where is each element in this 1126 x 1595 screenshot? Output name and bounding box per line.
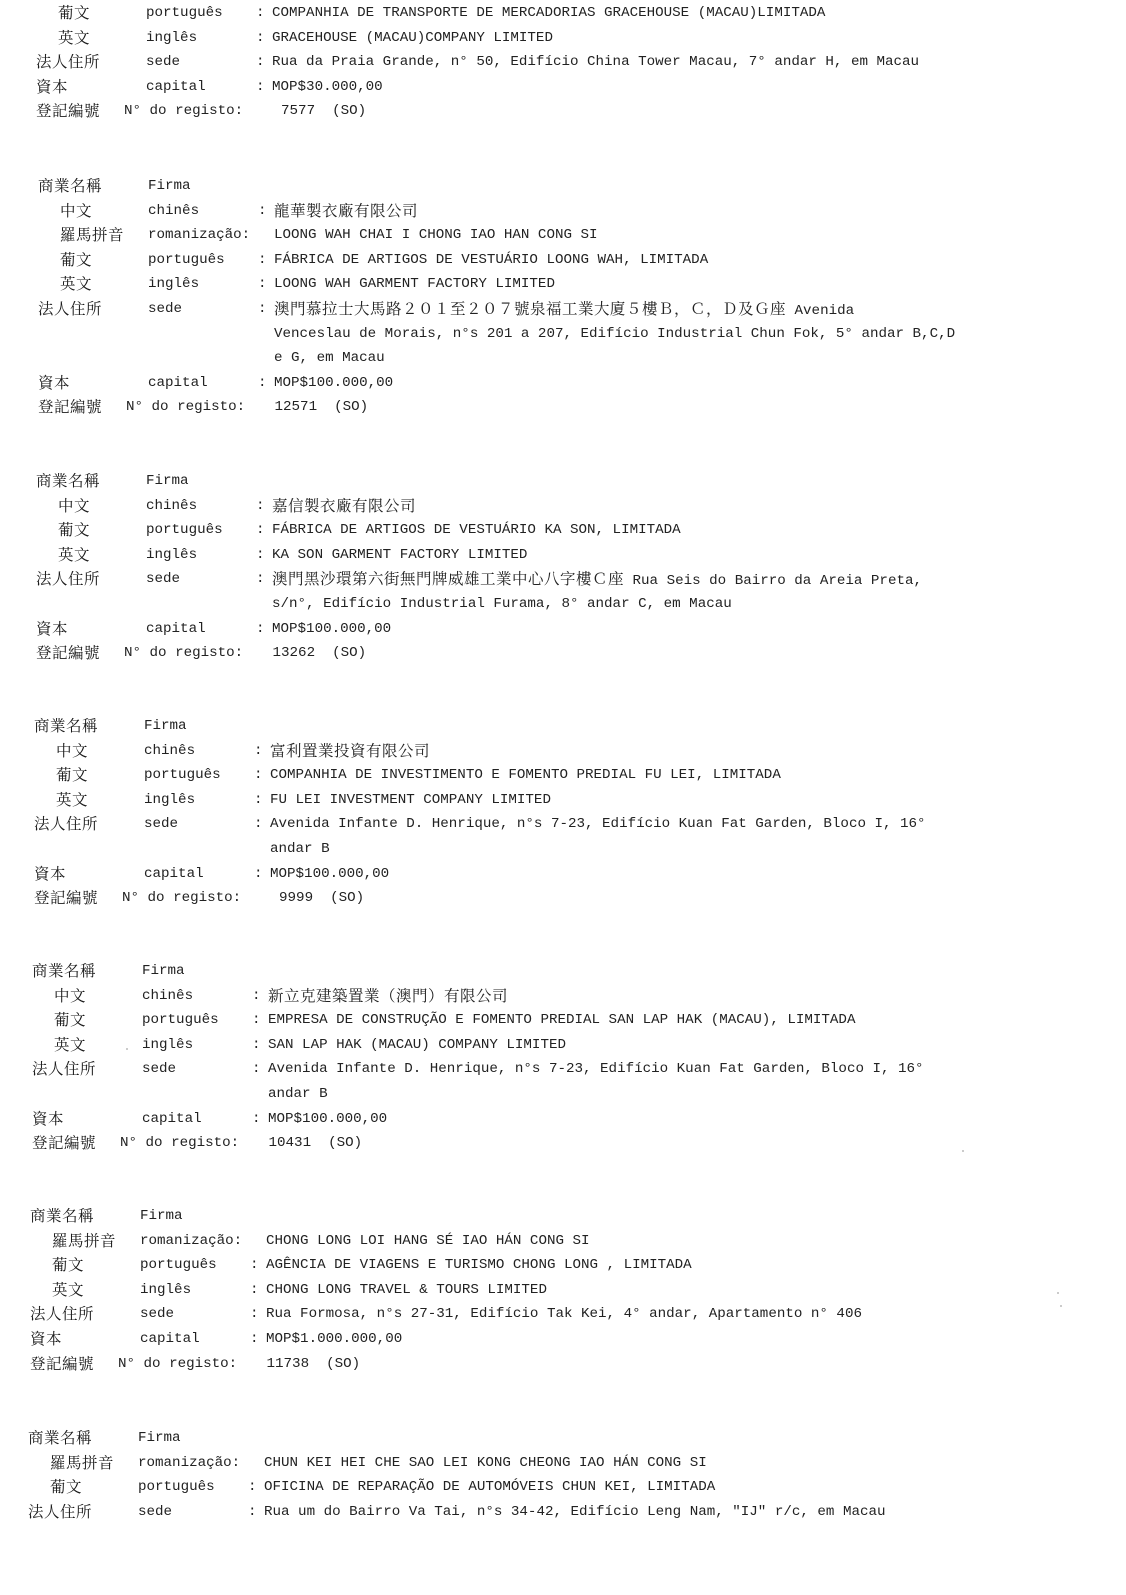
field-value: KA SON GARMENT FACTORY LIMITED: [272, 543, 527, 568]
field-value-continued: Venceslau de Morais, n°s 201 a 207, Edif…: [274, 322, 955, 347]
field-separator: :: [254, 763, 263, 788]
field-row: 資本capital:MOP$1.000.000,00: [0, 1327, 1126, 1352]
registry-entry-chong-long: 商業名稱Firma羅馬拼音romanização:CHONG LONG LOI …: [0, 1204, 1126, 1376]
field-label-chinese: 英文: [58, 543, 90, 568]
field-value: Avenida Infante D. Henrique, n°s 7-23, E…: [268, 1057, 924, 1082]
field-label-chinese: 登記編號: [36, 641, 100, 666]
field-label-portuguese: sede: [138, 1500, 172, 1525]
registration-number: 10431 (SO): [260, 1131, 362, 1156]
field-label-chinese: 葡文: [58, 1, 90, 26]
field-row: 中文chinês:龍華製衣廠有限公司: [0, 199, 1126, 224]
field-separator: :: [252, 984, 261, 1009]
field-label-portuguese: N° do registo:: [124, 641, 243, 666]
field-label-chinese: 法人住所: [36, 567, 100, 592]
field-label-chinese: 登記編號: [30, 1352, 94, 1377]
field-value-continued: andar B: [270, 837, 330, 862]
field-row: 羅馬拼音romanização:CHUN KEI HEI CHE SAO LEI…: [0, 1451, 1126, 1476]
field-row: 登記編號N° do registo: 11738 (SO): [0, 1352, 1126, 1377]
field-separator: :: [250, 1327, 259, 1352]
field-row: 中文chinês:嘉信製衣廠有限公司: [0, 494, 1126, 519]
field-row: 商業名稱Firma: [0, 959, 1126, 984]
field-row: 法人住所sede:Avenida Infante D. Henrique, n°…: [0, 1057, 1126, 1082]
field-label-chinese: 葡文: [50, 1475, 82, 1500]
field-label-portuguese: inglês: [144, 788, 195, 813]
field-label-chinese: 葡文: [56, 763, 88, 788]
field-label-chinese: 資本: [36, 75, 68, 100]
field-value: COMPANHIA DE TRANSPORTE DE MERCADORIAS G…: [272, 1, 825, 26]
field-value: Avenida Infante D. Henrique, n°s 7-23, E…: [270, 812, 926, 837]
field-value: EMPRESA DE CONSTRUÇÃO E FOMENTO PREDIAL …: [268, 1008, 855, 1033]
section-label-chinese: 商業名稱: [38, 174, 102, 199]
field-label-portuguese: português: [148, 248, 225, 273]
field-value: Rua da Praia Grande, n° 50, Edifício Chi…: [272, 50, 919, 75]
section-label-chinese: 商業名稱: [30, 1204, 94, 1229]
field-label-portuguese: português: [138, 1475, 215, 1500]
field-row: 法人住所sede:Rua da Praia Grande, n° 50, Edi…: [0, 50, 1126, 75]
field-label-portuguese: inglês: [146, 26, 197, 51]
field-label-portuguese: sede: [148, 297, 182, 322]
field-row: 英文inglês:KA SON GARMENT FACTORY LIMITED: [0, 543, 1126, 568]
field-label-portuguese: N° do registo:: [126, 395, 245, 420]
field-separator: :: [254, 862, 263, 887]
field-separator: :: [256, 518, 265, 543]
field-label-portuguese: inglês: [140, 1278, 191, 1303]
field-row: 葡文português:AGÊNCIA DE VIAGENS E TURISMO…: [0, 1253, 1126, 1278]
field-label-chinese: 英文: [52, 1278, 84, 1303]
field-value-latin: Avenida: [786, 303, 854, 319]
field-separator: :: [248, 1475, 257, 1500]
field-value: CHONG LONG TRAVEL & TOURS LIMITED: [266, 1278, 547, 1303]
field-row: 商業名稱Firma: [0, 174, 1126, 199]
section-label-chinese: 商業名稱: [32, 959, 96, 984]
section-label-portuguese: Firma: [146, 469, 189, 494]
field-row: 商業名稱Firma: [0, 1204, 1126, 1229]
field-label-chinese: 資本: [30, 1327, 62, 1352]
section-label-portuguese: Firma: [142, 959, 185, 984]
field-label-portuguese: capital: [144, 862, 204, 887]
field-row: 葡文português:OFICINA DE REPARAÇÃO DE AUTO…: [0, 1475, 1126, 1500]
field-separator: :: [258, 199, 267, 224]
field-value: MOP$1.000.000,00: [266, 1327, 402, 1352]
field-label-portuguese: N° do registo:: [122, 886, 241, 911]
field-value: CHUN KEI HEI CHE SAO LEI KONG CHEONG IAO…: [264, 1451, 707, 1476]
field-separator: :: [254, 739, 263, 764]
field-label-portuguese: português: [140, 1253, 217, 1278]
field-value-chinese: 龍華製衣廠有限公司: [274, 202, 418, 220]
field-label-chinese: 英文: [56, 788, 88, 813]
field-value: MOP$100.000,00: [272, 617, 391, 642]
field-value: LOONG WAH CHAI I CHONG IAO HAN CONG SI: [274, 223, 598, 248]
field-separator: :: [248, 1500, 257, 1525]
field-label-portuguese: inglês: [142, 1033, 193, 1058]
field-value: 龍華製衣廠有限公司: [274, 199, 418, 226]
field-value: MOP$30.000,00: [272, 75, 383, 100]
field-value: FÁBRICA DE ARTIGOS DE VESTUÁRIO LOONG WA…: [274, 248, 708, 273]
field-row: 資本capital:MOP$100.000,00: [0, 617, 1126, 642]
field-label-portuguese: sede: [142, 1057, 176, 1082]
field-separator: :: [258, 248, 267, 273]
field-label-chinese: 英文: [58, 26, 90, 51]
field-label-chinese: 羅馬拼音: [52, 1229, 116, 1254]
field-value-chinese: 嘉信製衣廠有限公司: [272, 497, 416, 515]
field-separator: :: [254, 812, 263, 837]
scan-speck: [962, 1150, 964, 1152]
field-row: 法人住所sede:澳門黑沙環第六街無門牌威雄工業中心八字樓Ｃ座 Rua Seis…: [0, 567, 1126, 592]
field-value: MOP$100.000,00: [268, 1107, 387, 1132]
field-separator: :: [252, 1033, 261, 1058]
field-row: 葡文português:COMPANHIA DE TRANSPORTE DE M…: [0, 1, 1126, 26]
registration-number: 13262 (SO): [264, 641, 366, 666]
field-label-portuguese: inglês: [146, 543, 197, 568]
scan-speck: [1057, 1292, 1059, 1294]
field-separator: :: [252, 1057, 261, 1082]
field-value: CHONG LONG LOI HANG SÉ IAO HÁN CONG SI: [266, 1229, 590, 1254]
field-label-portuguese: sede: [140, 1302, 174, 1327]
field-separator: :: [256, 567, 265, 592]
field-separator: :: [256, 1, 265, 26]
field-value: LOONG WAH GARMENT FACTORY LIMITED: [274, 272, 555, 297]
field-row: 羅馬拼音romanização:CHONG LONG LOI HANG SÉ I…: [0, 1229, 1126, 1254]
field-label-chinese: 登記編號: [36, 99, 100, 124]
field-label-chinese: 葡文: [60, 248, 92, 273]
field-row: 中文chinês:新立克建築置業（澳門）有限公司: [0, 984, 1126, 1009]
field-value: AGÊNCIA DE VIAGENS E TURISMO CHONG LONG …: [266, 1253, 692, 1278]
field-row: 登記編號N° do registo: 7577 (SO): [0, 99, 1126, 124]
field-separator: :: [258, 297, 267, 322]
field-value: FU LEI INVESTMENT COMPANY LIMITED: [270, 788, 551, 813]
field-row: 登記編號N° do registo: 13262 (SO): [0, 641, 1126, 666]
field-continuation-line: andar B: [0, 837, 1126, 862]
field-row: 法人住所sede:Rua um do Bairro Va Tai, n°s 34…: [0, 1500, 1126, 1525]
field-row: 英文inglês:CHONG LONG TRAVEL & TOURS LIMIT…: [0, 1278, 1126, 1303]
registration-number: 7577 (SO): [264, 99, 366, 124]
field-separator: :: [256, 617, 265, 642]
field-label-chinese: 登記編號: [32, 1131, 96, 1156]
field-label-chinese: 資本: [32, 1107, 64, 1132]
registration-number: 12571 (SO): [266, 395, 368, 420]
field-label-portuguese: inglês: [148, 272, 199, 297]
field-row: 資本capital:MOP$100.000,00: [0, 862, 1126, 887]
registry-entry-gracehouse: 葡文português:COMPANHIA DE TRANSPORTE DE M…: [0, 1, 1126, 124]
field-label-chinese: 中文: [58, 494, 90, 519]
field-row: 法人住所sede:Rua Formosa, n°s 27-31, Edifíci…: [0, 1302, 1126, 1327]
field-value: 新立克建築置業（澳門）有限公司: [268, 984, 508, 1011]
field-row: 資本capital:MOP$30.000,00: [0, 75, 1126, 100]
field-row: 登記編號N° do registo: 12571 (SO): [0, 395, 1126, 420]
field-row: 商業名稱Firma: [0, 469, 1126, 494]
field-label-portuguese: capital: [146, 75, 206, 100]
field-row: 登記編號N° do registo: 9999 (SO): [0, 886, 1126, 911]
field-row: 登記編號N° do registo: 10431 (SO): [0, 1131, 1126, 1156]
field-value: COMPANHIA DE INVESTIMENTO E FOMENTO PRED…: [270, 763, 781, 788]
registry-entry-ka-son: 商業名稱Firma中文chinês:嘉信製衣廠有限公司葡文português:F…: [0, 469, 1126, 666]
field-continuation-line: Venceslau de Morais, n°s 201 a 207, Edif…: [0, 322, 1126, 347]
field-value: 嘉信製衣廠有限公司: [272, 494, 416, 521]
field-label-chinese: 羅馬拼音: [50, 1451, 114, 1476]
field-row: 英文inglês:FU LEI INVESTMENT COMPANY LIMIT…: [0, 788, 1126, 813]
field-value: Rua um do Bairro Va Tai, n°s 34-42, Edif…: [264, 1500, 886, 1525]
section-label-portuguese: Firma: [140, 1204, 183, 1229]
field-value-continued: andar B: [268, 1082, 328, 1107]
field-label-chinese: 法人住所: [30, 1302, 94, 1327]
field-value-chinese: 澳門慕拉士大馬路２０１至２０７號泉福工業大廈５樓Ｂ，Ｃ，Ｄ及Ｇ座: [274, 300, 786, 318]
field-label-chinese: 葡文: [58, 518, 90, 543]
field-label-portuguese: chinês: [146, 494, 197, 519]
field-separator: :: [254, 788, 263, 813]
field-value: SAN LAP HAK (MACAU) COMPANY LIMITED: [268, 1033, 566, 1058]
field-label-portuguese: sede: [146, 567, 180, 592]
field-label-chinese: 登記編號: [38, 395, 102, 420]
field-separator: :: [258, 371, 267, 396]
section-label-chinese: 商業名稱: [28, 1426, 92, 1451]
field-value: MOP$100.000,00: [270, 862, 389, 887]
field-row: 葡文português:EMPRESA DE CONSTRUÇÃO E FOME…: [0, 1008, 1126, 1033]
field-label-portuguese: N° do registo:: [124, 99, 243, 124]
field-row: 商業名稱Firma: [0, 714, 1126, 739]
field-label-chinese: 英文: [54, 1033, 86, 1058]
field-value-chinese: 新立克建築置業（澳門）有限公司: [268, 987, 508, 1005]
field-label-chinese: 葡文: [52, 1253, 84, 1278]
field-value: 澳門黑沙環第六街無門牌威雄工業中心八字樓Ｃ座 Rua Seis do Bairr…: [272, 567, 922, 594]
field-row: 英文inglês:SAN LAP HAK (MACAU) COMPANY LIM…: [0, 1033, 1126, 1058]
field-value: OFICINA DE REPARAÇÃO DE AUTOMÓVEIS CHUN …: [264, 1475, 715, 1500]
field-label-chinese: 資本: [38, 371, 70, 396]
field-label-chinese: 中文: [54, 984, 86, 1009]
field-label-portuguese: português: [146, 1, 223, 26]
field-label-portuguese: romanização:: [140, 1229, 242, 1254]
field-label-chinese: 中文: [56, 739, 88, 764]
field-label-chinese: 資本: [34, 862, 66, 887]
field-label-portuguese: português: [142, 1008, 219, 1033]
field-separator: :: [252, 1107, 261, 1132]
field-label-chinese: 法人住所: [38, 297, 102, 322]
section-label-chinese: 商業名稱: [34, 714, 98, 739]
section-label-portuguese: Firma: [144, 714, 187, 739]
field-label-chinese: 中文: [60, 199, 92, 224]
field-label-portuguese: N° do registo:: [118, 1352, 237, 1377]
field-label-chinese: 法人住所: [32, 1057, 96, 1082]
field-row: 資本capital:MOP$100.000,00: [0, 1107, 1126, 1132]
field-value-chinese: 澳門黑沙環第六街無門牌威雄工業中心八字樓Ｃ座: [272, 570, 624, 588]
field-value-chinese: 富利置業投資有限公司: [270, 742, 430, 760]
field-separator: :: [256, 494, 265, 519]
field-continuation-line: s/n°, Edifício Industrial Furama, 8° and…: [0, 592, 1126, 617]
registry-entry-san-lap-hak: 商業名稱Firma中文chinês:新立克建築置業（澳門）有限公司葡文portu…: [0, 959, 1126, 1156]
section-label-chinese: 商業名稱: [36, 469, 100, 494]
field-label-portuguese: capital: [140, 1327, 200, 1352]
field-value-continued: s/n°, Edifício Industrial Furama, 8° and…: [272, 592, 732, 617]
field-value: FÁBRICA DE ARTIGOS DE VESTUÁRIO KA SON, …: [272, 518, 681, 543]
registration-number: 9999 (SO): [262, 886, 364, 911]
field-label-chinese: 葡文: [54, 1008, 86, 1033]
field-label-portuguese: sede: [144, 812, 178, 837]
field-row: 資本capital:MOP$100.000,00: [0, 371, 1126, 396]
field-row: 中文chinês:富利置業投資有限公司: [0, 739, 1126, 764]
field-label-chinese: 法人住所: [34, 812, 98, 837]
field-separator: :: [256, 26, 265, 51]
field-continuation-line: andar B: [0, 1082, 1126, 1107]
field-label-portuguese: capital: [148, 371, 208, 396]
registry-entry-fu-lei: 商業名稱Firma中文chinês:富利置業投資有限公司葡文português:…: [0, 714, 1126, 911]
field-row: 葡文português:COMPANHIA DE INVESTIMENTO E …: [0, 763, 1126, 788]
field-label-portuguese: chinês: [148, 199, 199, 224]
field-label-portuguese: chinês: [142, 984, 193, 1009]
field-label-chinese: 法人住所: [36, 50, 100, 75]
field-separator: :: [256, 50, 265, 75]
field-continuation-line: e G, em Macau: [0, 346, 1126, 371]
field-label-portuguese: português: [144, 763, 221, 788]
field-separator: :: [250, 1302, 259, 1327]
field-row: 葡文português:FÁBRICA DE ARTIGOS DE VESTUÁ…: [0, 248, 1126, 273]
field-label-chinese: 羅馬拼音: [60, 223, 124, 248]
field-value: 富利置業投資有限公司: [270, 739, 430, 766]
field-separator: :: [256, 75, 265, 100]
section-label-portuguese: Firma: [148, 174, 191, 199]
field-separator: :: [256, 543, 265, 568]
field-label-chinese: 法人住所: [28, 1500, 92, 1525]
section-label-portuguese: Firma: [138, 1426, 181, 1451]
registry-entry-loong-wah: 商業名稱Firma中文chinês:龍華製衣廠有限公司羅馬拼音romanizaç…: [0, 174, 1126, 420]
scan-speck: [126, 1048, 128, 1050]
field-value: MOP$100.000,00: [274, 371, 393, 396]
field-label-portuguese: sede: [146, 50, 180, 75]
field-separator: :: [252, 1008, 261, 1033]
field-label-portuguese: capital: [146, 617, 206, 642]
field-value: 澳門慕拉士大馬路２０１至２０７號泉福工業大廈５樓Ｂ，Ｃ，Ｄ及Ｇ座 Avenida: [274, 297, 854, 324]
scan-speck: [1060, 1305, 1062, 1307]
field-row: 法人住所sede:Avenida Infante D. Henrique, n°…: [0, 812, 1126, 837]
field-row: 英文inglês:GRACEHOUSE (MACAU)COMPANY LIMIT…: [0, 26, 1126, 51]
field-separator: :: [250, 1278, 259, 1303]
field-row: 商業名稱Firma: [0, 1426, 1126, 1451]
field-value: GRACEHOUSE (MACAU)COMPANY LIMITED: [272, 26, 553, 51]
field-row: 法人住所sede:澳門慕拉士大馬路２０１至２０７號泉福工業大廈５樓Ｂ，Ｃ，Ｄ及Ｇ…: [0, 297, 1126, 322]
field-value: Rua Formosa, n°s 27-31, Edifício Tak Kei…: [266, 1302, 862, 1327]
registry-entry-chun-kei: 商業名稱Firma羅馬拼音romanização:CHUN KEI HEI CH…: [0, 1426, 1126, 1524]
field-separator: :: [258, 272, 267, 297]
field-row: 英文inglês:LOONG WAH GARMENT FACTORY LIMIT…: [0, 272, 1126, 297]
field-label-portuguese: N° do registo:: [120, 1131, 239, 1156]
field-value-continued: e G, em Macau: [274, 346, 385, 371]
field-label-chinese: 資本: [36, 617, 68, 642]
field-row: 葡文português:FÁBRICA DE ARTIGOS DE VESTUÁ…: [0, 518, 1126, 543]
field-row: 羅馬拼音romanização:LOONG WAH CHAI I CHONG I…: [0, 223, 1126, 248]
field-label-chinese: 登記編號: [34, 886, 98, 911]
field-label-chinese: 英文: [60, 272, 92, 297]
registration-number: 11738 (SO): [258, 1352, 360, 1377]
field-label-portuguese: romanização:: [148, 223, 250, 248]
field-label-portuguese: romanização:: [138, 1451, 240, 1476]
field-label-portuguese: português: [146, 518, 223, 543]
field-separator: :: [250, 1253, 259, 1278]
field-label-portuguese: capital: [142, 1107, 202, 1132]
field-label-portuguese: chinês: [144, 739, 195, 764]
field-value-latin: Rua Seis do Bairro da Areia Preta,: [624, 573, 922, 589]
